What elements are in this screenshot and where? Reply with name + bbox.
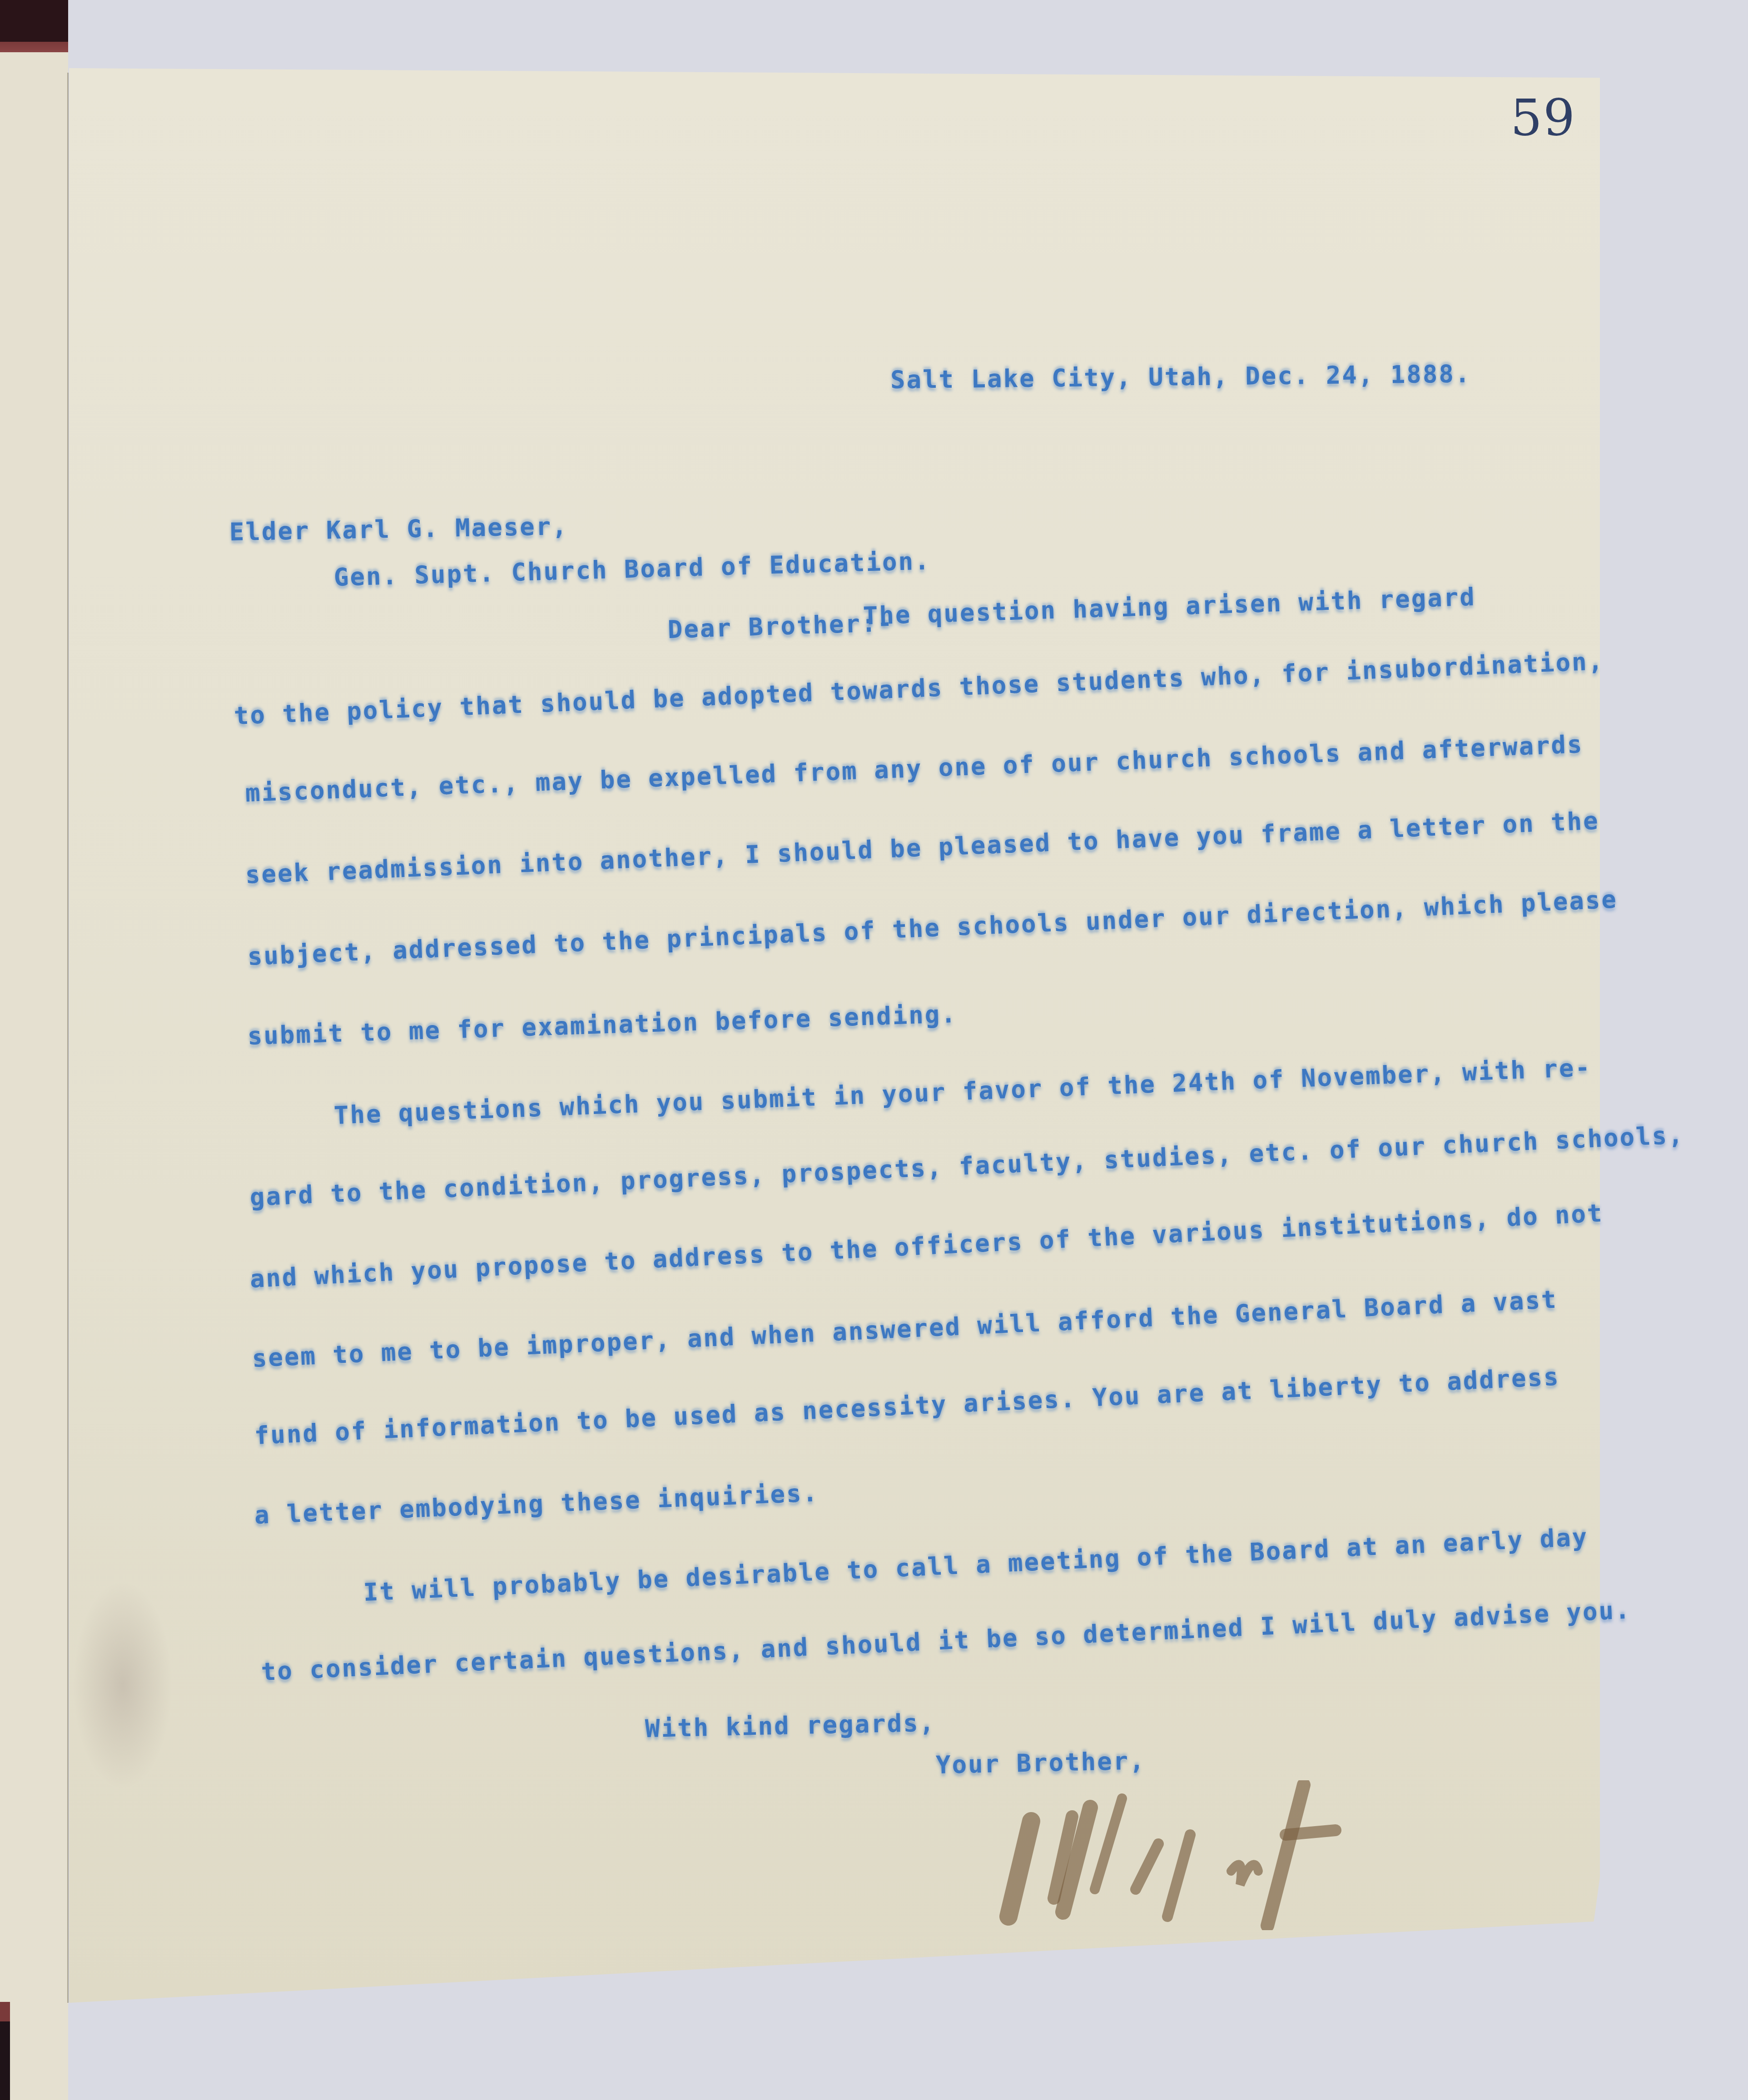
closing: With kind regards, [645,1709,935,1743]
book-binding-edge [0,0,68,2100]
book-cover-corner [0,0,68,52]
paper-stain [73,1580,173,1789]
addressee-name: Elder Karl G. Maeser, [229,512,568,546]
signature-woodruff: W. Woodruff [977,1780,1431,1930]
closing-sign: Your Brother, [935,1746,1146,1779]
binding-fold-line [67,73,69,2003]
book-cover-corner-bottom [0,2002,10,2100]
page-number: 59 [1510,89,1576,147]
dateline: Salt Lake City, Utah, Dec. 24, 1888. [890,360,1471,394]
svg-text:W. Woodruff: W. Woodruff [977,1780,1025,1782]
